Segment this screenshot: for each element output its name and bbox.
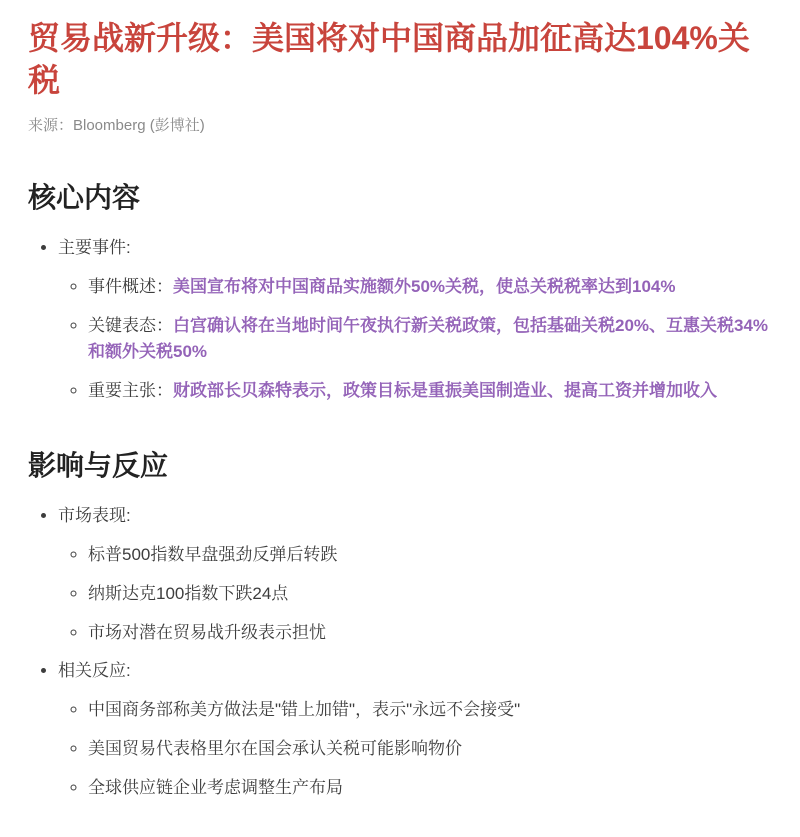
detail-highlight: 白宫确认将在当地时间午夜执行新关税政策，包括基础关税20%、互惠关税34%和额外… [88, 316, 768, 361]
bullet-text: 市场对潜在贸易战升级表示担忧 [88, 623, 326, 642]
list-item-market-worry: 市场对潜在贸易战升级表示担忧 [88, 620, 772, 646]
list-item-supply-chain: 全球供应链企业考虑调整生产布局 [88, 775, 772, 801]
article-title: 贸易战新升级：美国将对中国商品加征高达104%关税 [28, 18, 772, 101]
group-label: 市场表现: [58, 506, 131, 525]
bullet-text: 美国贸易代表格里尔在国会承认关税可能影响物价 [88, 739, 462, 758]
article-page: 贸易战新升级：美国将对中国商品加征高达104%关税 来源：Bloomberg (… [0, 0, 800, 837]
detail-highlight: 美国宣布将对中国商品实施额外50%关税，使总关税税率达到104% [173, 277, 676, 296]
list-item-related-reactions: 相关反应: 中国商务部称美方做法是"错上加错"，表示"永远不会接受" 美国贸易代… [58, 658, 772, 801]
list-item-nasdaq100: 纳斯达克100指数下跌24点 [88, 581, 772, 607]
bullet-text: 纳斯达克100指数下跌24点 [88, 584, 288, 603]
detail-label: 事件概述： [88, 277, 173, 296]
market-performance-sublist: 标普500指数早盘强劲反弹后转跌 纳斯达克100指数下跌24点 市场对潜在贸易战… [58, 542, 772, 646]
related-reactions-sublist: 中国商务部称美方做法是"错上加错"，表示"永远不会接受" 美国贸易代表格里尔在国… [58, 697, 772, 801]
impact-reaction-list: 市场表现: 标普500指数早盘强劲反弹后转跌 纳斯达克100指数下跌24点 市场… [28, 503, 772, 801]
list-item-event-overview: 事件概述：美国宣布将对中国商品实施额外50%关税，使总关税税率达到104% [88, 274, 772, 300]
list-item-main-events: 主要事件: 事件概述：美国宣布将对中国商品实施额外50%关税，使总关税税率达到1… [58, 235, 772, 404]
list-item-ustr-greer: 美国贸易代表格里尔在国会承认关税可能影响物价 [88, 736, 772, 762]
detail-label: 重要主张： [88, 381, 173, 400]
list-item-sp500: 标普500指数早盘强劲反弹后转跌 [88, 542, 772, 568]
detail-highlight: 财政部长贝森特表示，政策目标是重振美国制造业、提高工资并增加收入 [173, 381, 717, 400]
group-label: 主要事件: [58, 238, 131, 257]
list-item-market-performance: 市场表现: 标普500指数早盘强劲反弹后转跌 纳斯达克100指数下跌24点 市场… [58, 503, 772, 646]
bullet-text: 全球供应链企业考虑调整生产布局 [88, 778, 343, 797]
group-label: 相关反应: [58, 661, 131, 680]
core-content-list: 主要事件: 事件概述：美国宣布将对中国商品实施额外50%关税，使总关税税率达到1… [28, 235, 772, 404]
list-item-china-mofcom: 中国商务部称美方做法是"错上加错"，表示"永远不会接受" [88, 697, 772, 723]
section-heading-core-content: 核心内容 [28, 180, 772, 215]
detail-label: 关键表态： [88, 316, 173, 335]
section-heading-impact-reaction: 影响与反应 [28, 448, 772, 483]
source-line: 来源：Bloomberg (彭博社) [28, 115, 772, 136]
list-item-key-statement: 关键表态：白宫确认将在当地时间午夜执行新关税政策，包括基础关税20%、互惠关税3… [88, 313, 772, 365]
bullet-text: 标普500指数早盘强劲反弹后转跌 [88, 545, 337, 564]
bullet-text: 中国商务部称美方做法是"错上加错"，表示"永远不会接受" [88, 700, 520, 719]
list-item-key-claim: 重要主张：财政部长贝森特表示，政策目标是重振美国制造业、提高工资并增加收入 [88, 378, 772, 404]
main-events-sublist: 事件概述：美国宣布将对中国商品实施额外50%关税，使总关税税率达到104% 关键… [58, 274, 772, 404]
